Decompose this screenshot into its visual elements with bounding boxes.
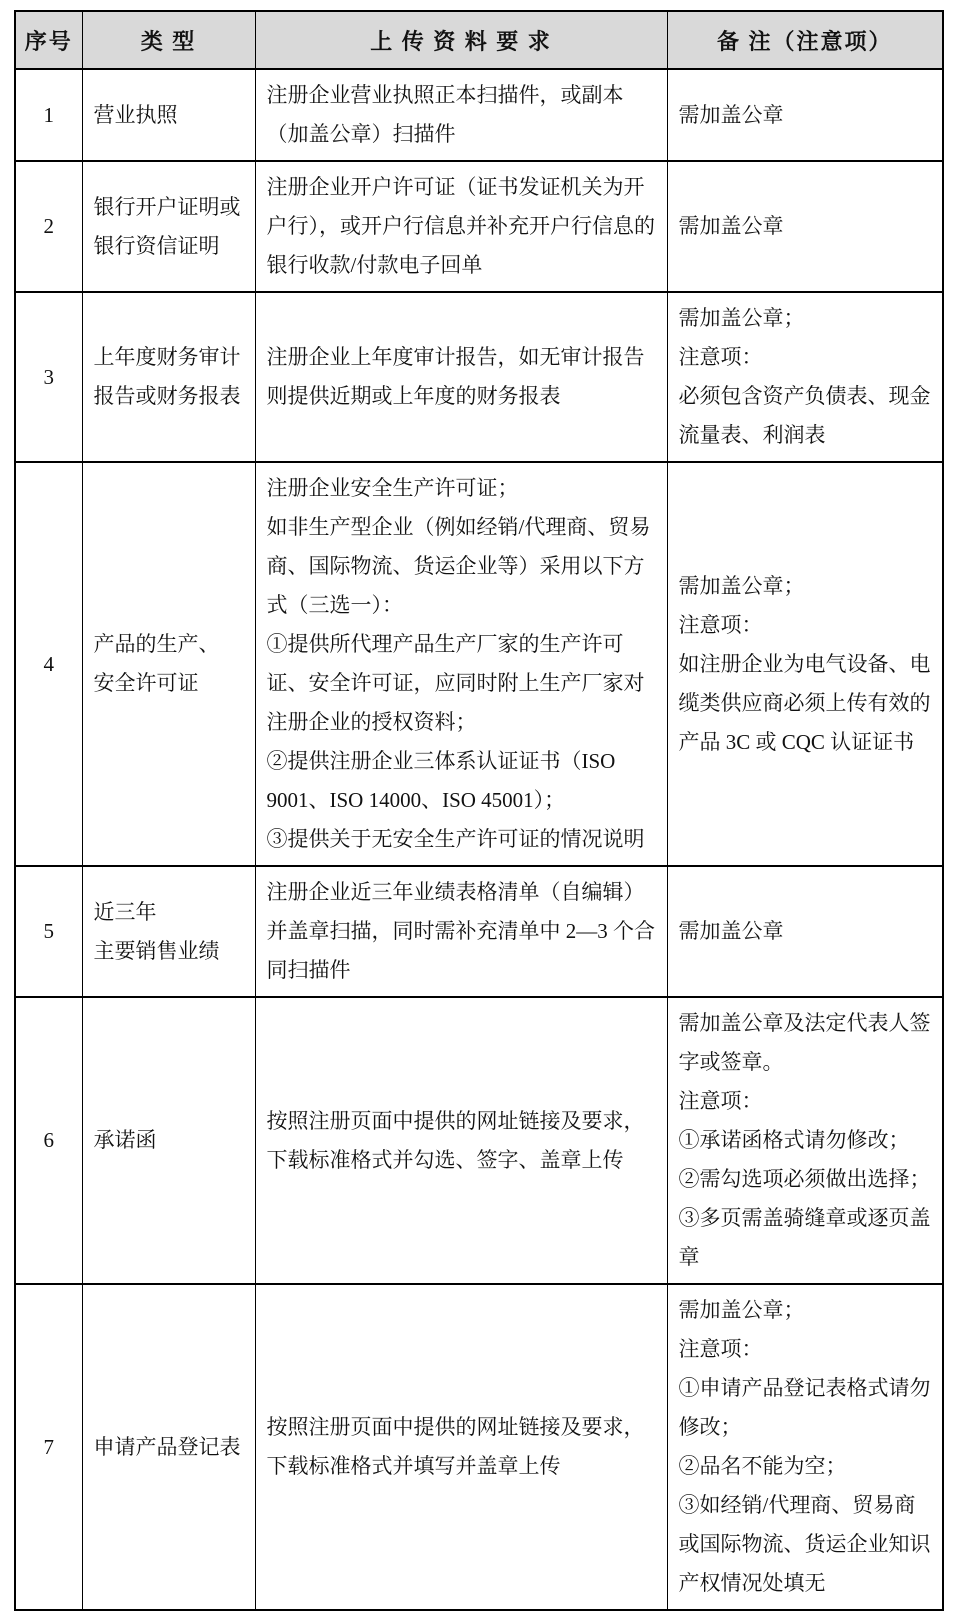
requirement-cell: 按照注册页面中提供的网址链接及要求，下载标准格式并勾选、签字、盖章上传 [255,997,667,1284]
table-row: 7 申请产品登记表 按照注册页面中提供的网址链接及要求，下载标准格式并填写并盖章… [15,1284,943,1610]
row-number-cell: 7 [15,1284,82,1610]
header-row: 序号 类 型 上 传 资 料 要 求 备 注（注意项） [15,11,943,69]
type-cell: 上年度财务审计 报告或财务报表 [82,292,255,462]
col-header-no: 序号 [15,11,82,69]
remark-cell: 需加盖公章； 注意项： 必须包含资产负债表、现金流量表、利润表 [667,292,943,462]
table-row: 3 上年度财务审计 报告或财务报表 注册企业上年度审计报告，如无审计报告则提供近… [15,292,943,462]
table-row: 2 银行开户证明或 银行资信证明 注册企业开户许可证（证书发证机关为开户行），或… [15,161,943,292]
document-page: 序号 类 型 上 传 资 料 要 求 备 注（注意项） 1 营业执照 注册企业营… [0,0,957,1376]
remark-cell: 需加盖公章 [667,161,943,292]
remark-cell: 需加盖公章； 注意项： 如注册企业为电气设备、电缆类供应商必须上传有效的产品 3… [667,462,943,866]
row-number-cell: 2 [15,161,82,292]
remark-cell: 需加盖公章 [667,866,943,997]
col-header-remark: 备 注（注意项） [667,11,943,69]
row-number-cell: 6 [15,997,82,1284]
table-row: 6 承诺函 按照注册页面中提供的网址链接及要求，下载标准格式并勾选、签字、盖章上… [15,997,943,1284]
col-header-requirement: 上 传 资 料 要 求 [255,11,667,69]
row-number-cell: 3 [15,292,82,462]
type-cell: 营业执照 [82,69,255,161]
remark-cell: 需加盖公章 [667,69,943,161]
row-number-cell: 1 [15,69,82,161]
row-number-cell: 5 [15,866,82,997]
type-cell: 承诺函 [82,997,255,1284]
requirement-cell: 注册企业营业执照正本扫描件，或副本（加盖公章）扫描件 [255,69,667,161]
requirement-cell: 按照注册页面中提供的网址链接及要求，下载标准格式并填写并盖章上传 [255,1284,667,1610]
table-row: 1 营业执照 注册企业营业执照正本扫描件，或副本（加盖公章）扫描件 需加盖公章 [15,69,943,161]
requirement-cell: 注册企业上年度审计报告，如无审计报告则提供近期或上年度的财务报表 [255,292,667,462]
row-number-cell: 4 [15,462,82,866]
type-cell: 申请产品登记表 [82,1284,255,1610]
requirement-cell: 注册企业安全生产许可证； 如非生产型企业（例如经销/代理商、贸易商、国际物流、货… [255,462,667,866]
requirement-cell: 注册企业近三年业绩表格清单（自编辑）并盖章扫描，同时需补充清单中 2—3 个合同… [255,866,667,997]
col-header-type: 类 型 [82,11,255,69]
type-cell: 产品的生产、 安全许可证 [82,462,255,866]
type-cell: 近三年 主要销售业绩 [82,866,255,997]
upload-requirements-table: 序号 类 型 上 传 资 料 要 求 备 注（注意项） 1 营业执照 注册企业营… [14,10,944,1611]
table-row: 5 近三年 主要销售业绩 注册企业近三年业绩表格清单（自编辑）并盖章扫描，同时需… [15,866,943,997]
table-row: 4 产品的生产、 安全许可证 注册企业安全生产许可证； 如非生产型企业（例如经销… [15,462,943,866]
remark-cell: 需加盖公章； 注意项： ①申请产品登记表格式请勿修改； ②品名不能为空； ③如经… [667,1284,943,1610]
requirement-cell: 注册企业开户许可证（证书发证机关为开户行），或开户行信息并补充开户行信息的银行收… [255,161,667,292]
remark-cell: 需加盖公章及法定代表人签字或签章。 注意项： ①承诺函格式请勿修改； ②需勾选项… [667,997,943,1284]
type-cell: 银行开户证明或 银行资信证明 [82,161,255,292]
